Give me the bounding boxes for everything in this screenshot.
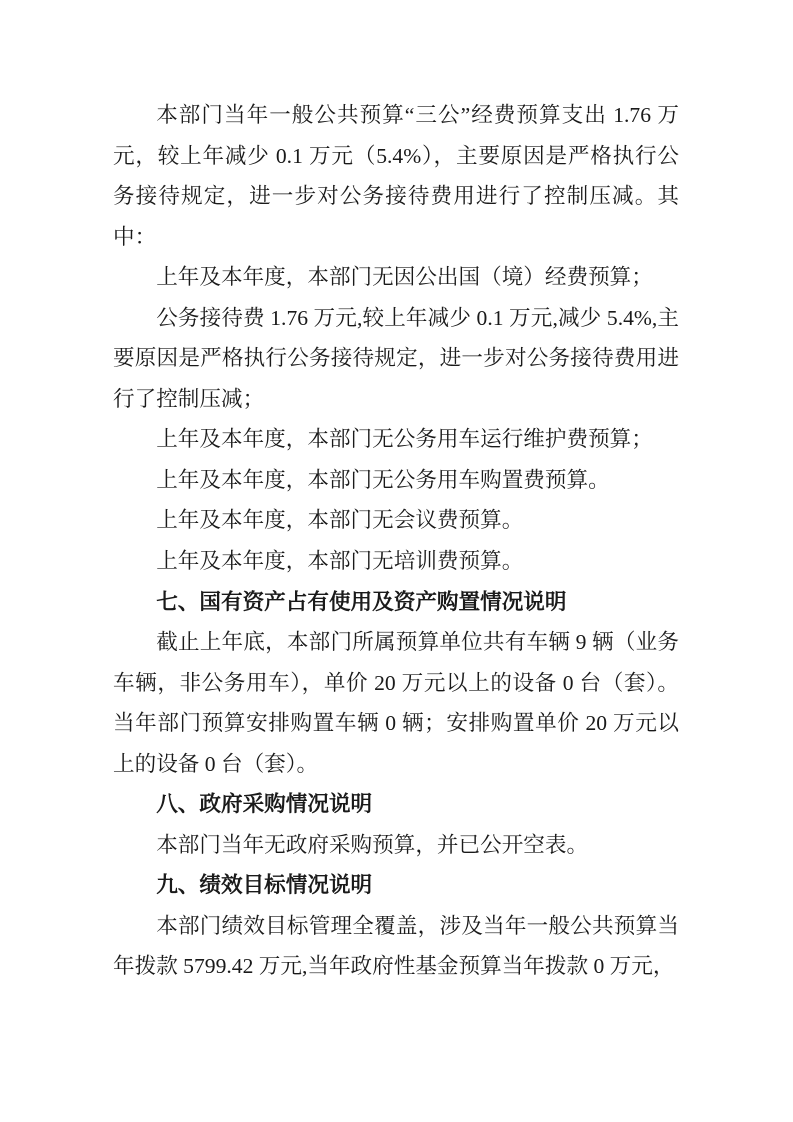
body-paragraph: 本部门当年无政府采购预算，并已公开空表。 bbox=[113, 825, 679, 866]
document-page: 本部门当年一般公共预算“三公”经费预算支出 1.76 万元，较上年减少 0.1 … bbox=[0, 0, 793, 1122]
section-heading: 九、绩效目标情况说明 bbox=[113, 865, 679, 906]
section-heading: 八、政府采购情况说明 bbox=[113, 784, 679, 825]
body-paragraph: 上年及本年度，本部门无公务用车购置费预算。 bbox=[113, 460, 679, 501]
body-paragraph: 本部门绩效目标管理全覆盖，涉及当年一般公共预算当年拨款 5799.42 万元,当… bbox=[113, 906, 679, 987]
body-paragraph: 上年及本年度，本部门无因公出国（境）经费预算； bbox=[113, 257, 679, 298]
body-paragraph: 本部门当年一般公共预算“三公”经费预算支出 1.76 万元，较上年减少 0.1 … bbox=[113, 95, 679, 257]
body-paragraph: 上年及本年度，本部门无培训费预算。 bbox=[113, 541, 679, 582]
body-paragraph: 上年及本年度，本部门无会议费预算。 bbox=[113, 500, 679, 541]
body-paragraph: 公务接待费 1.76 万元,较上年减少 0.1 万元,减少 5.4%,主要原因是… bbox=[113, 298, 679, 420]
body-paragraph: 上年及本年度，本部门无公务用车运行维护费预算； bbox=[113, 419, 679, 460]
body-paragraph: 截止上年底，本部门所属预算单位共有车辆 9 辆（业务车辆，非公务用车），单价 2… bbox=[113, 622, 679, 784]
document-body: 本部门当年一般公共预算“三公”经费预算支出 1.76 万元，较上年减少 0.1 … bbox=[113, 95, 679, 987]
section-heading: 七、国有资产占有使用及资产购置情况说明 bbox=[113, 582, 679, 623]
